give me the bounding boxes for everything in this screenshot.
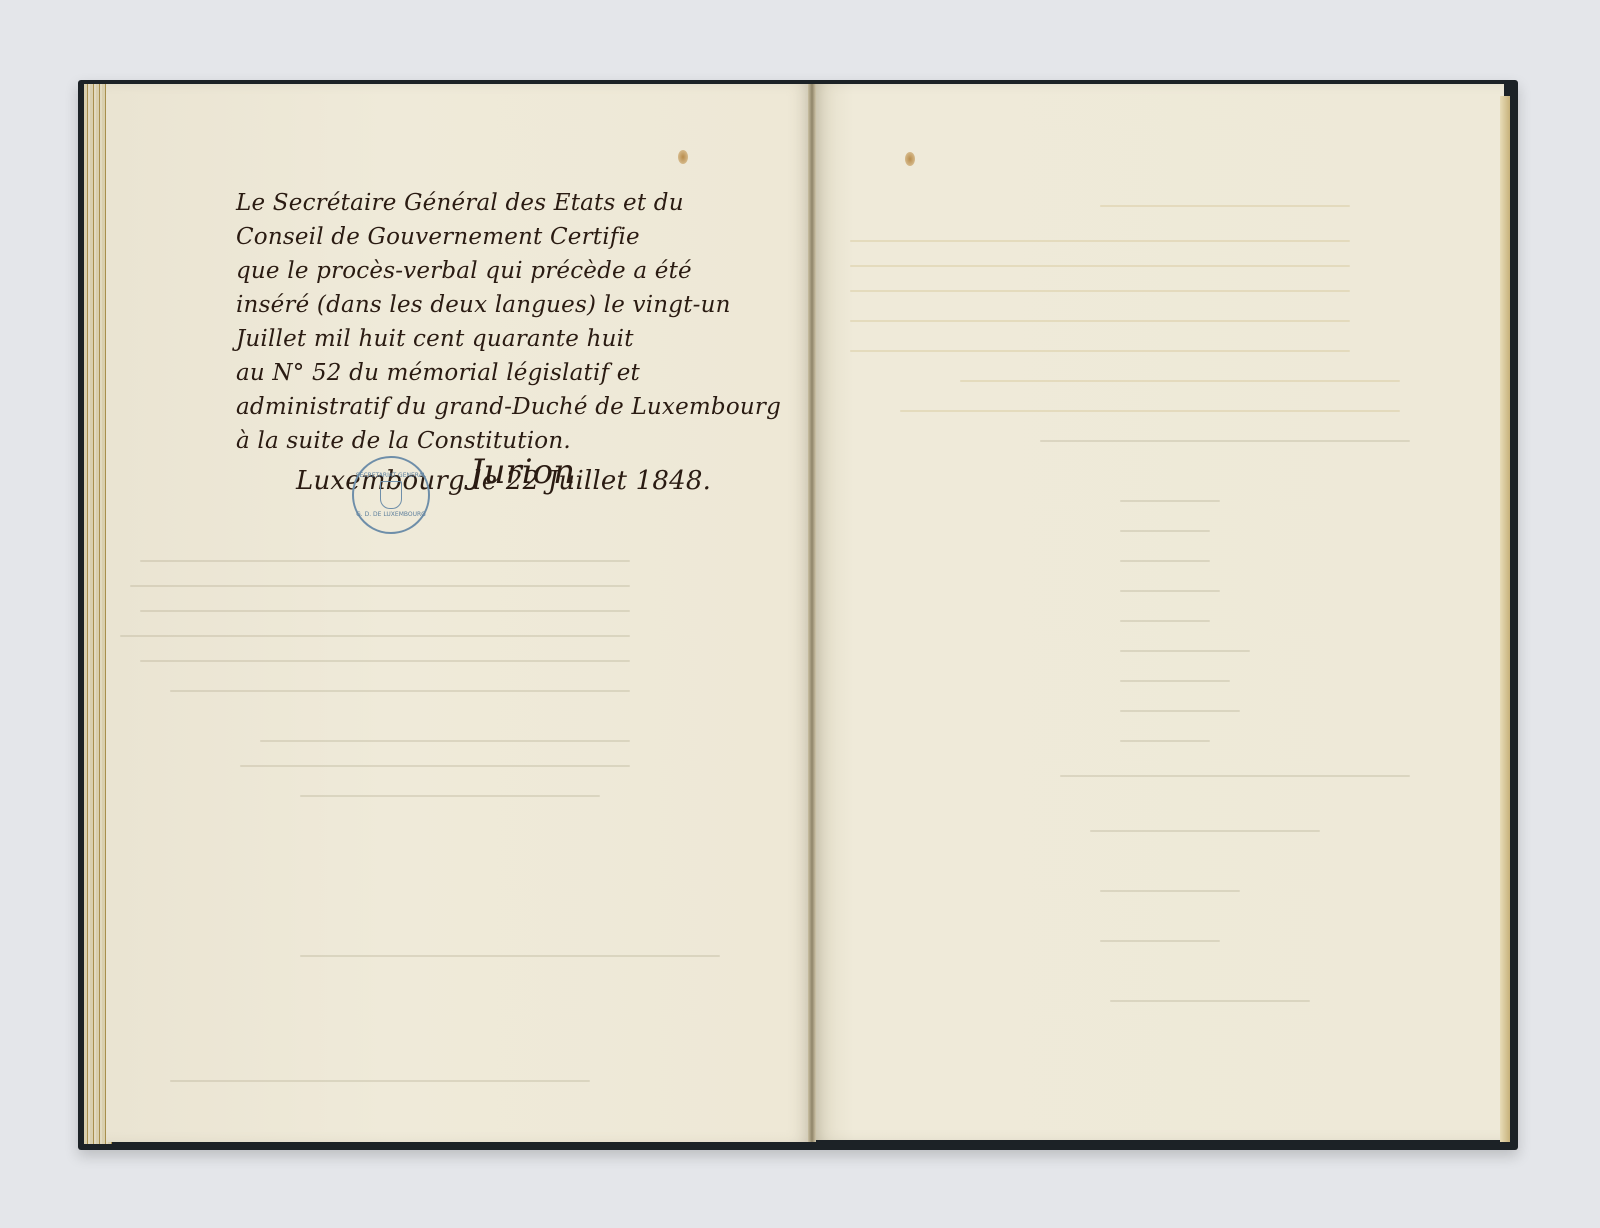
- paper-stain: [905, 152, 915, 166]
- secretariat-seal-stamp: SECRETARIAT GENERAL G. D. DE LUXEMBOURG: [352, 456, 430, 534]
- bleed-through-line: [170, 1080, 590, 1082]
- bleed-through-line: [140, 660, 630, 662]
- handwritten-line: Le Secrétaire Général des Etats et du: [236, 186, 796, 220]
- handwritten-line: Juillet mil huit cent quarante huit: [236, 322, 796, 356]
- bleed-through-line: [1100, 890, 1240, 892]
- bleed-through-line: [1100, 205, 1350, 207]
- bleed-through-line: [1100, 940, 1220, 942]
- bleed-through-line: [240, 765, 630, 767]
- book-gutter: [808, 84, 816, 1142]
- bleed-through-line: [1110, 1000, 1310, 1002]
- bleed-through-line: [850, 350, 1350, 352]
- bleed-through-line: [1120, 560, 1210, 562]
- bleed-through-line: [1120, 530, 1210, 532]
- bleed-through-line: [1060, 775, 1410, 777]
- handwritten-line: au N° 52 du mémorial législatif et: [236, 356, 796, 390]
- right-page: [812, 84, 1504, 1140]
- right-page-edge: [1500, 96, 1510, 1142]
- open-register-book: Le Secrétaire Général des Etats et du Co…: [0, 0, 1600, 1228]
- bleed-through-line: [960, 380, 1400, 382]
- handwritten-line: Conseil de Gouvernement Certifie: [236, 220, 796, 254]
- bleed-through-line: [1120, 620, 1210, 622]
- handwritten-line: inséré (dans les deux langues) le vingt-…: [236, 288, 796, 322]
- coat-of-arms-icon: [380, 481, 402, 509]
- bleed-through-line: [1040, 440, 1410, 442]
- bleed-through-line: [1120, 500, 1220, 502]
- bleed-through-line: [300, 955, 720, 957]
- stamp-bottom-text: G. D. DE LUXEMBOURG: [356, 511, 426, 518]
- bleed-through-line: [900, 410, 1400, 412]
- stamp-top-text: SECRETARIAT GENERAL: [356, 472, 426, 479]
- bleed-through-line: [1120, 740, 1210, 742]
- bleed-through-line: [1120, 650, 1250, 652]
- bleed-through-line: [1120, 590, 1220, 592]
- bleed-through-line: [120, 635, 630, 637]
- handwritten-line: administratif du grand-Duché de Luxembou…: [236, 390, 796, 424]
- signature: Jurion: [470, 452, 575, 492]
- bleed-through-line: [850, 240, 1350, 242]
- bleed-through-line: [300, 795, 600, 797]
- bleed-through-line: [130, 585, 630, 587]
- paper-stain: [678, 150, 688, 164]
- handwritten-line: que le procès-verbal qui précède a été: [236, 254, 796, 288]
- bleed-through-line: [1120, 710, 1240, 712]
- bleed-through-line: [850, 290, 1350, 292]
- bleed-through-line: [170, 690, 630, 692]
- bleed-through-line: [850, 320, 1350, 322]
- bleed-through-line: [140, 560, 630, 562]
- bleed-through-line: [1120, 680, 1230, 682]
- bleed-through-line: [850, 265, 1350, 267]
- bleed-through-line: [260, 740, 630, 742]
- bleed-through-line: [140, 610, 630, 612]
- bleed-through-line: [1090, 830, 1320, 832]
